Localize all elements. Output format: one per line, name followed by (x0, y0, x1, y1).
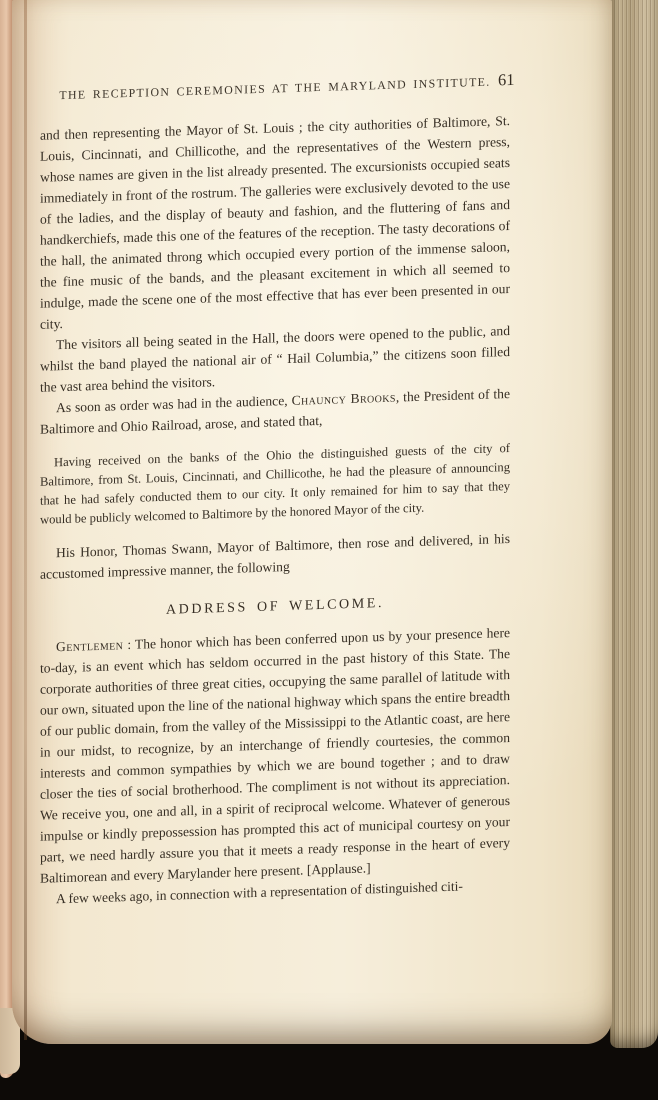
brooks-name: Chauncy Brooks (292, 390, 396, 408)
address-heading: ADDRESS OF WELCOME. (40, 592, 510, 623)
scanned-book-photo: THE RECEPTION CEREMONIES AT THE MARYLAND… (0, 0, 658, 1100)
gutter-crease (24, 0, 27, 1040)
book-page: THE RECEPTION CEREMONIES AT THE MARYLAND… (12, 0, 612, 1044)
page-number: 61 (498, 70, 515, 91)
book-fore-edge (610, 0, 658, 1048)
announcement-blockquote: Having received on the banks of the Ohio… (40, 439, 510, 530)
opening-paragraph: and then representing the Mayor of St. L… (40, 110, 510, 335)
brooks-paragraph-lead: As soon as order was had in the audience… (56, 393, 292, 415)
salutation: Gentlemen (56, 637, 123, 654)
mayor-paragraph: His Honor, Thomas Swann, Mayor of Baltim… (40, 528, 510, 585)
running-header: THE RECEPTION CEREMONIES AT THE MARYLAND… (40, 74, 510, 111)
address-paragraph: Gentlemen : The honor which has been con… (40, 622, 510, 889)
page-content: THE RECEPTION CEREMONIES AT THE MARYLAND… (40, 74, 510, 910)
running-header-title: THE RECEPTION CEREMONIES AT THE MARYLAND… (40, 74, 510, 104)
body-text: and then representing the Mayor of St. L… (40, 110, 510, 910)
address-body: The honor which has been conferred upon … (40, 625, 510, 886)
salutation-separator: : (123, 637, 135, 652)
